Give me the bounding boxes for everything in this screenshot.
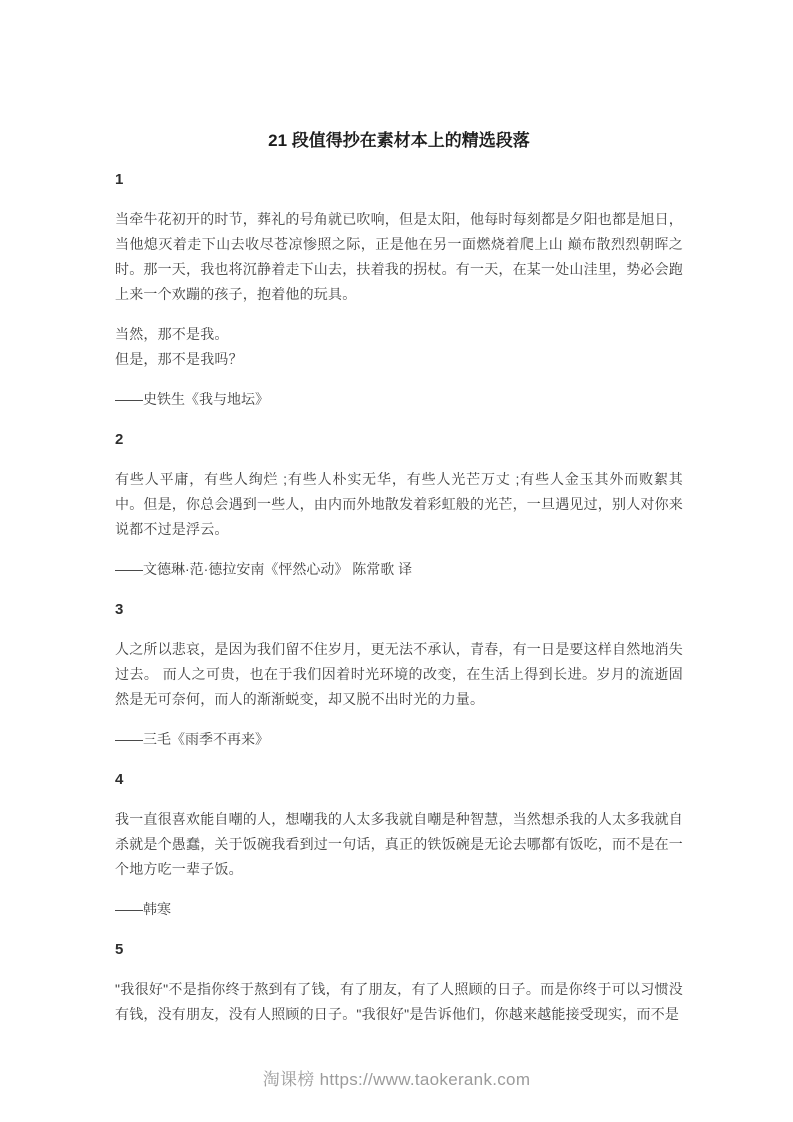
section-number: 2 [115, 427, 683, 452]
quote-section: 2 有些人平庸，有些人绚烂 ;有些人朴实无华，有些人光芒万丈 ;有些人金玉其外而… [115, 427, 683, 582]
section-blocks: 我一直很喜欢能自嘲的人，想嘲我的人太多我就自嘲是种智慧，当然想杀我的人太多我就自… [115, 807, 683, 882]
page-title: 21 段值得抄在素材本上的精选段落 [115, 130, 683, 152]
section-number: 1 [115, 167, 683, 192]
section-blocks: 有些人平庸，有些人绚烂 ;有些人朴实无华，有些人光芒万丈 ;有些人金玉其外而败絮… [115, 467, 683, 542]
quote-section: 1 当牵牛花初开的时节，葬礼的号角就已吹响，但是太阳，他每时每刻都是夕阳也都是旭… [115, 167, 683, 412]
page-footer: 淘课榜 https://www.taokerank.com [0, 1065, 793, 1090]
quote-section: 5 "我很好"不是指你终于熬到有了钱，有了朋友，有了人照顾的日子。而是你终于可以… [115, 937, 683, 1027]
paragraph: 当然，那不是我。但是，那不是我吗？ [115, 322, 683, 372]
section-number: 4 [115, 767, 683, 792]
section-blocks: 人之所以悲哀，是因为我们留不住岁月，更无法不承认，青春，有一日是要这样自然地消失… [115, 637, 683, 712]
section-blocks: 当牵牛花初开的时节，葬礼的号角就已吹响，但是太阳，他每时每刻都是夕阳也都是旭日，… [115, 207, 683, 372]
quote-section: 3 人之所以悲哀，是因为我们留不住岁月，更无法不承认，青春，有一日是要这样自然地… [115, 597, 683, 752]
quote-section: 4 我一直很喜欢能自嘲的人，想嘲我的人太多我就自嘲是种智慧，当然想杀我的人太多我… [115, 767, 683, 922]
sections: 1 当牵牛花初开的时节，葬礼的号角就已吹响，但是太阳，他每时每刻都是夕阳也都是旭… [115, 167, 683, 1027]
attribution: ——文德琳·范·德拉安南《怦然心动》 陈常歌 译 [115, 557, 683, 582]
attribution: ——史铁生《我与地坛》 [115, 387, 683, 412]
section-blocks: "我很好"不是指你终于熬到有了钱，有了朋友，有了人照顾的日子。而是你终于可以习惯… [115, 977, 683, 1027]
attribution: ——三毛《雨季不再来》 [115, 727, 683, 752]
paragraph: 人之所以悲哀，是因为我们留不住岁月，更无法不承认，青春，有一日是要这样自然地消失… [115, 637, 683, 712]
paragraph: 我一直很喜欢能自嘲的人，想嘲我的人太多我就自嘲是种智慧，当然想杀我的人太多我就自… [115, 807, 683, 882]
section-number: 3 [115, 597, 683, 622]
paragraph: 有些人平庸，有些人绚烂 ;有些人朴实无华，有些人光芒万丈 ;有些人金玉其外而败絮… [115, 467, 683, 542]
footer-site-label: 淘课榜 [263, 1070, 315, 1089]
footer-site-url[interactable]: https://www.taokerank.com [320, 1070, 531, 1089]
paragraph: "我很好"不是指你终于熬到有了钱，有了朋友，有了人照顾的日子。而是你终于可以习惯… [115, 977, 683, 1027]
section-number: 5 [115, 937, 683, 962]
attribution: ——韩寒 [115, 897, 683, 922]
document-page: 21 段值得抄在素材本上的精选段落 1 当牵牛花初开的时节，葬礼的号角就已吹响，… [0, 0, 793, 1027]
paragraph: 当牵牛花初开的时节，葬礼的号角就已吹响，但是太阳，他每时每刻都是夕阳也都是旭日，… [115, 207, 683, 307]
